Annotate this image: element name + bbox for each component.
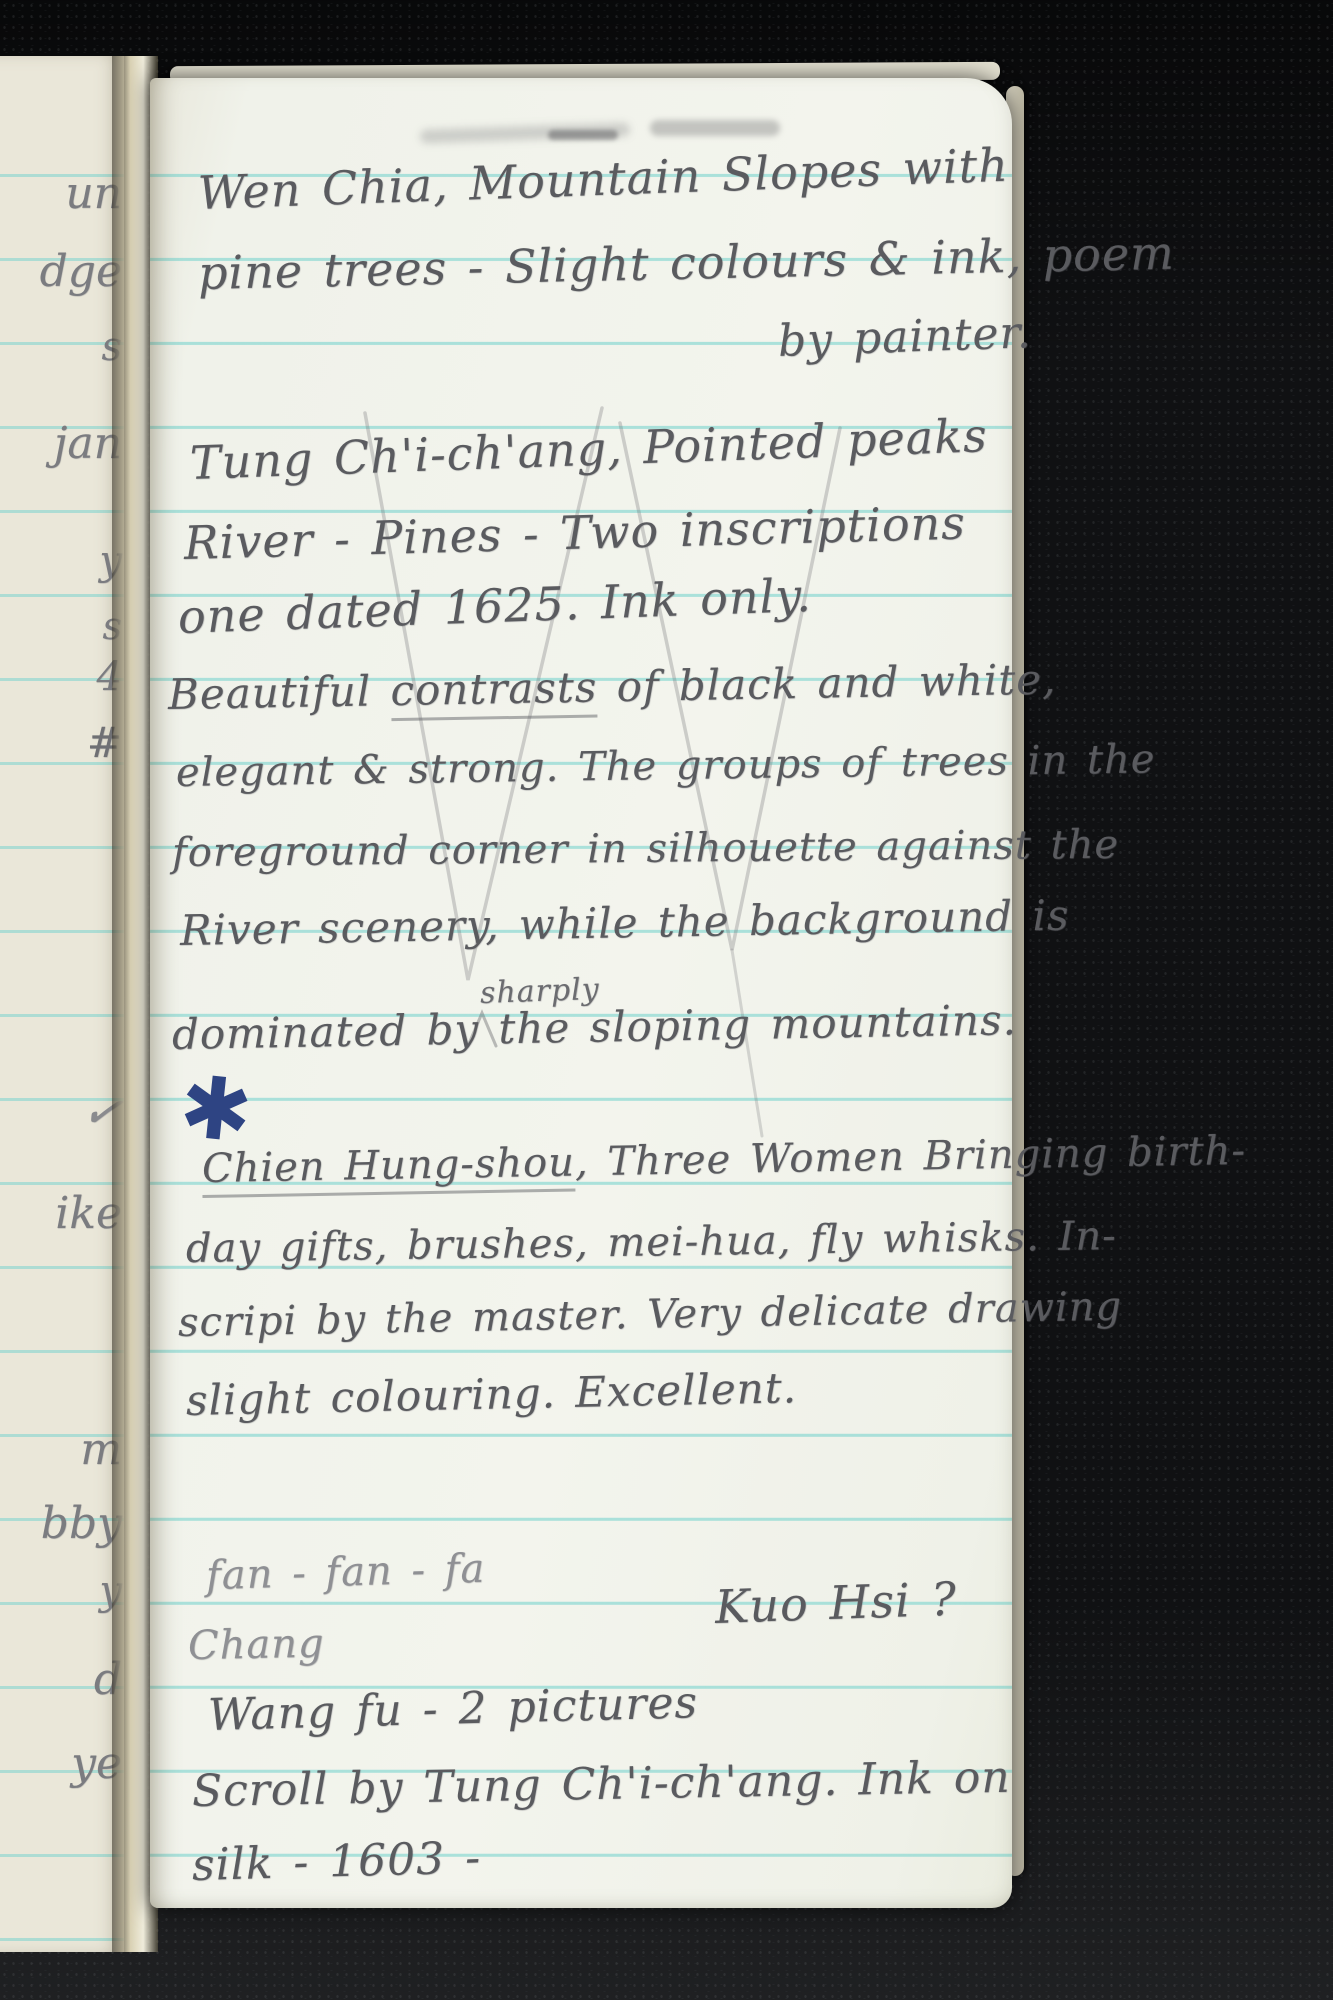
note-line-by-the-master: scripi by the master. Very delicate draw… — [178, 1284, 1123, 1346]
note-line-kuo-hsi: Kuo Hsi ? — [714, 1572, 958, 1634]
note-line-contrasts: Beautiful contrasts of black and white, — [168, 654, 1057, 718]
note-line-day-gifts: day gifts, brushes, mei-hua, fly whisks.… — [186, 1213, 1117, 1272]
note-line-silk-1603: silk - 1603 - — [191, 1832, 481, 1891]
note-line-river-pines: River - Pines - Two inscriptions — [183, 496, 966, 570]
facing-page-strip: un dge s jan y s 4 # ✓ ike m bby y d ye — [0, 56, 124, 1952]
note-line-elegant-strong: elegant & strong. The groups of trees in… — [176, 736, 1156, 796]
cutoff-handwriting-fragment: dge — [40, 246, 122, 297]
underlined-word: contrasts — [390, 663, 598, 722]
note-line-dominated: dominated by the sloping mountains. — [172, 995, 1018, 1059]
note-line-foreground: foreground corner in silhouette against … — [172, 822, 1119, 876]
ghost-ink-smudge — [420, 122, 630, 143]
note-line-dated-1625: one dated 1625. Ink only. — [177, 568, 812, 644]
note-text: Beautiful — [168, 666, 391, 719]
note-line-wen-chia: Wen Chia, Mountain Slopes with — [197, 138, 1010, 220]
note-line-by-painter: by painter. — [777, 307, 1032, 367]
note-line-scroll-by-tung: Scroll by Tung Ch'i-ch'ang. Ink on — [192, 1752, 1011, 1817]
note-line-tung-chi-chang: Tung Ch'i-ch'ang, Pointed peaks — [189, 408, 988, 490]
cutoff-handwriting-fragment: bby — [41, 1498, 122, 1549]
note-line-excellent: slight colouring. Excellent. — [185, 1363, 797, 1425]
note-line-fan-fan-fa: fan - fan - fa — [205, 1546, 485, 1599]
note-line-wang-fu: Wang fu - 2 pictures — [207, 1677, 698, 1741]
ghost-ink-smudge — [650, 120, 780, 136]
note-text: of black and white, — [597, 654, 1057, 711]
ghost-ink-smudge — [548, 130, 618, 140]
notebook-page: Wen Chia, Mountain Slopes with pine tree… — [150, 78, 1012, 1908]
note-line-river-scenery: River scenery, while the background is — [180, 890, 1070, 955]
note-line-chang: Chang — [188, 1621, 325, 1669]
underlined-artist-name: Chien Hung-shou — [202, 1139, 576, 1198]
